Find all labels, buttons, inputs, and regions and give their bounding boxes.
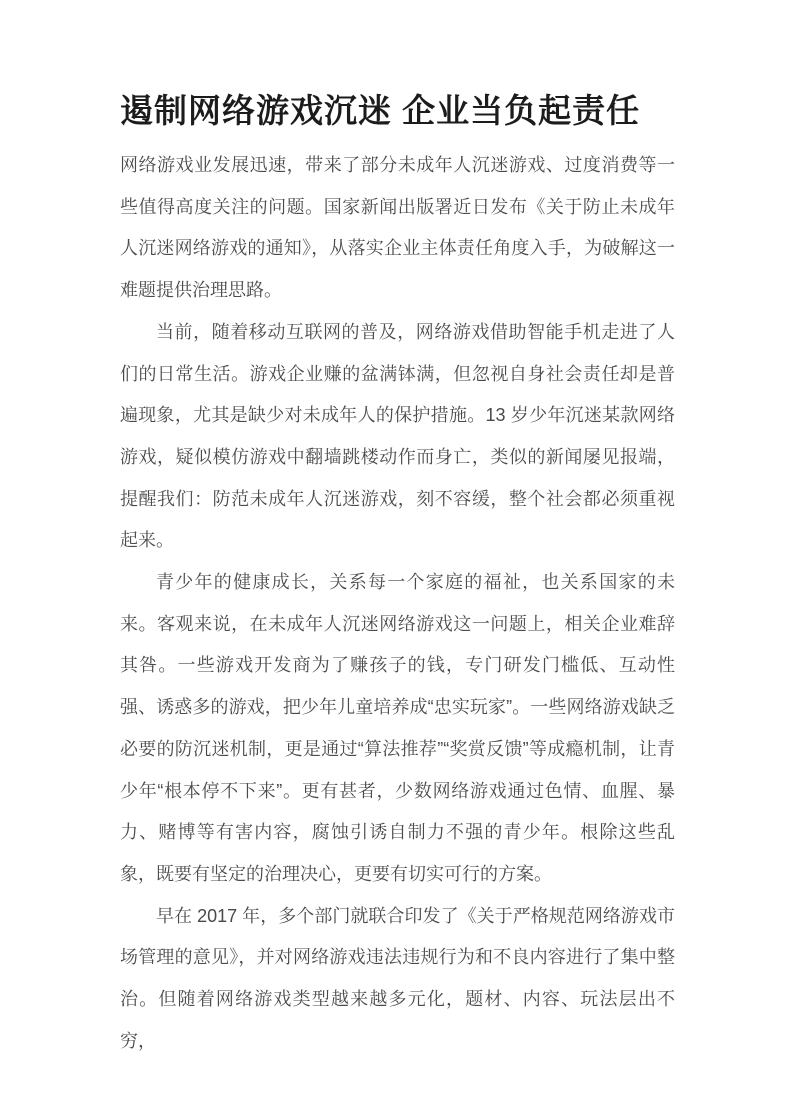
paragraph-current-situation: 当前，随着移动互联网的普及，网络游戏借助智能手机走进了人们的日常生活。游戏企业赚…	[120, 312, 675, 562]
document-page: 遏制网络游戏沉迷 企业当负起责任 网络游戏业发展迅速，带来了部分未成年人沉迷游戏…	[0, 0, 794, 1108]
article-body: 网络游戏业发展迅速，带来了部分未成年人沉迷游戏、过度消费等一些值得高度关注的问题…	[120, 145, 675, 1062]
paragraph-regulation-history: 早在 2017 年，多个部门就联合印发了《关于严格规范网络游戏市场管理的意见》，…	[120, 896, 675, 1063]
paragraph-enterprise-responsibility: 青少年的健康成长，关系每一个家庭的福祉，也关系国家的未来。客观来说，在未成年人沉…	[120, 562, 675, 896]
paragraph-intro: 网络游戏业发展迅速，带来了部分未成年人沉迷游戏、过度消费等一些值得高度关注的问题…	[120, 145, 675, 312]
article-title: 遏制网络游戏沉迷 企业当负起责任	[120, 88, 675, 134]
